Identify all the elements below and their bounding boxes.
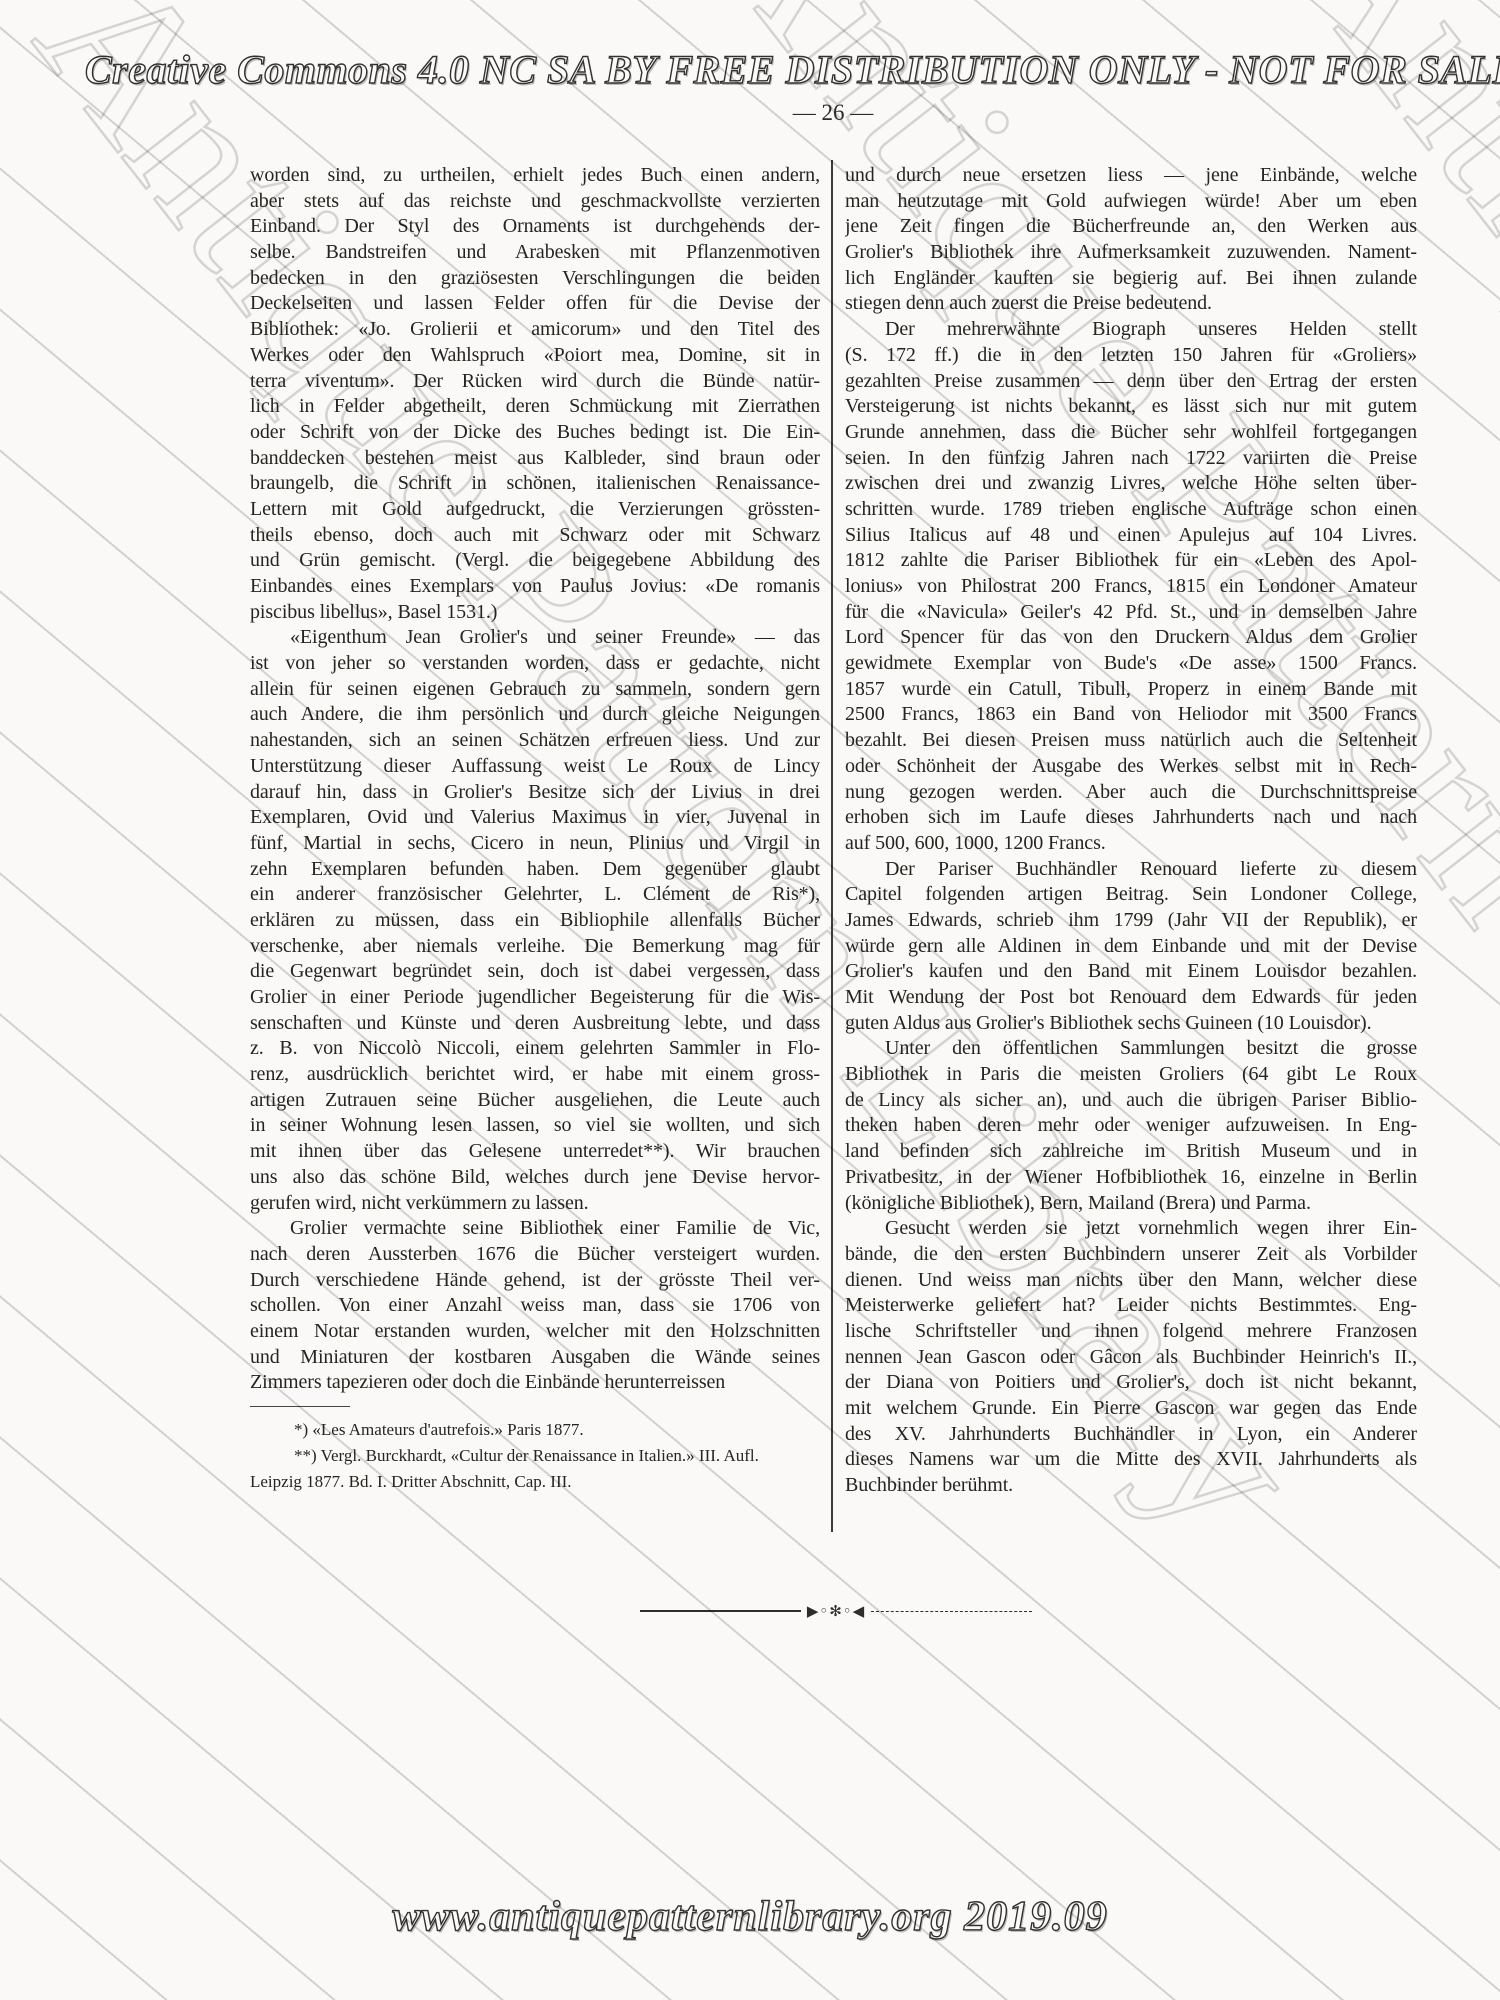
- text-column-right: und durch neue ersetzen liess — jene Ein…: [845, 163, 1417, 1499]
- text-line: Zimmers tapezieren oder doch die Einbänd…: [250, 1370, 820, 1396]
- text-line: 2500 Francs, 1863 ein Band von Heliodor …: [845, 702, 1417, 728]
- text-line: Grunde annehmen, dass die Bücher sehr wo…: [845, 420, 1417, 446]
- text-line: gezahlten Preise zusammen — denn über de…: [845, 369, 1417, 395]
- text-line: (königliche Bibliothek), Bern, Mailand (…: [845, 1191, 1417, 1217]
- text-line: gewidmete Exemplar von Bude's «De asse» …: [845, 651, 1417, 677]
- text-line: Meisterwerke geliefert hat? Leider nicht…: [845, 1293, 1417, 1319]
- text-line: schollen. Von einer Anzahl weiss man, da…: [250, 1293, 820, 1319]
- text-line: artigen Zutrauen seine Bücher ausgeliehe…: [250, 1088, 820, 1114]
- text-line: selbe. Bandstreifen und Arabesken mit Pf…: [250, 240, 820, 266]
- text-line: Unterstützung dieser Auffassung weist Le…: [250, 754, 820, 780]
- text-line: Exemplaren, Ovid und Valerius Maximus in…: [250, 805, 820, 831]
- text-line: Durch verschiedene Hände gehend, ist der…: [250, 1268, 820, 1294]
- text-line: Grolier's Bibliothek ihre Aufmerksamkeit…: [845, 240, 1417, 266]
- text-line: in seiner Wohnung lesen lassen, so viel …: [250, 1113, 820, 1139]
- text-line: der Diana von Poitiers und Grolier's, do…: [845, 1370, 1417, 1396]
- text-line: Der mehrerwähnte Biograph unseres Helden…: [845, 317, 1417, 343]
- text-line: «Eigenthum Jean Grolier's und seiner Fre…: [250, 625, 820, 651]
- text-line: mit ihnen über das Gelesene unterredet**…: [250, 1139, 820, 1165]
- text-line: bände, die den ersten Buchbindern unsere…: [845, 1242, 1417, 1268]
- text-line: Privatbesitz, in der Wiener Hofbibliothe…: [845, 1165, 1417, 1191]
- text-line: Grolier in einer Periode jugendlicher Be…: [250, 985, 820, 1011]
- text-line: theken haben deren mehr oder weniger auf…: [845, 1113, 1417, 1139]
- text-line: einem Notar erstanden wurden, welcher mi…: [250, 1319, 820, 1345]
- text-line: renz, ausdrücklich berichtet wird, er ha…: [250, 1062, 820, 1088]
- text-line: piscibus libellus», Basel 1531.): [250, 600, 820, 626]
- text-line: stiegen denn auch zuerst die Preise bede…: [845, 291, 1417, 317]
- text-line: Werkes oder den Wahlspruch «Poiort mea, …: [250, 343, 820, 369]
- text-line: Lord Spencer für das von den Druckern Al…: [845, 625, 1417, 651]
- text-line: die Gegenwart begründet sein, doch ist d…: [250, 959, 820, 985]
- text-line: Buchbinder berühmt.: [845, 1473, 1417, 1499]
- text-line: würde gern alle Aldinen in dem Einbande …: [845, 934, 1417, 960]
- text-line: dienen. Und weiss man nichts über den Ma…: [845, 1268, 1417, 1294]
- text-line: seien. In den fünfzig Jahren nach 1722 v…: [845, 446, 1417, 472]
- text-line: zwischen drei und zwanzig Livres, welche…: [845, 471, 1417, 497]
- text-line: uns also das schöne Bild, welches durch …: [250, 1165, 820, 1191]
- text-line: Grolier vermachte seine Bibliothek einer…: [250, 1216, 820, 1242]
- text-line: darauf hin, dass in Grolier's Besitze si…: [250, 780, 820, 806]
- paragraph: Gesucht werden sie jetzt vornehmlich weg…: [845, 1216, 1417, 1499]
- footnote-line: **) Vergl. Burckhardt, «Cultur der Renai…: [250, 1443, 820, 1469]
- text-line: ist von jeher so verstanden worden, dass…: [250, 651, 820, 677]
- paragraph: «Eigenthum Jean Grolier's und seiner Fre…: [250, 625, 820, 1216]
- text-line: Unter den öffentlichen Sammlungen besitz…: [845, 1036, 1417, 1062]
- column-divider-rule: [831, 160, 833, 1532]
- footnote-rule: [250, 1406, 350, 1407]
- text-line: auf 500, 600, 1000, 1200 Francs.: [845, 831, 1417, 857]
- scanned-book-page: Antique Pattern Library Antique Pattern …: [0, 0, 1500, 2000]
- site-footer: www.antiquepatternlibrary.org 2019.09: [300, 1893, 1200, 1941]
- text-line: Versteigerung ist nichts bekannt, es läs…: [845, 394, 1417, 420]
- text-line: terra viventum». Der Rücken wird durch d…: [250, 369, 820, 395]
- text-line: oder Schönheit der Ausgabe des Werkes se…: [845, 754, 1417, 780]
- paragraph: Grolier vermachte seine Bibliothek einer…: [250, 1216, 820, 1396]
- text-line: auch Andere, die ihm persönlich und durc…: [250, 702, 820, 728]
- paragraph: und durch neue ersetzen liess — jene Ein…: [845, 163, 1417, 317]
- paragraph: Unter den öffentlichen Sammlungen besitz…: [845, 1036, 1417, 1216]
- page-content: Creative Commons 4.0 NC SA BY FREE DISTR…: [0, 0, 1500, 2000]
- text-line: dieses Namens war um die Mitte des XVII.…: [845, 1447, 1417, 1473]
- text-line: land befinden sich zahlreiche im British…: [845, 1139, 1417, 1165]
- text-line: und durch neue ersetzen liess — jene Ein…: [845, 163, 1417, 189]
- text-line: Lettern mit Gold aufgedruckt, die Verzie…: [250, 497, 820, 523]
- text-line: nennen Jean Gascon oder Gâcon als Buchbi…: [845, 1345, 1417, 1371]
- text-line: braungelb, die Schrift in schönen, itali…: [250, 471, 820, 497]
- text-line: (S. 172 ff.) die in den letzten 150 Jahr…: [845, 343, 1417, 369]
- text-line: Deckelseiten und lassen Felder offen für…: [250, 291, 820, 317]
- text-line: oder Schrift von der Dicke des Buches be…: [250, 420, 820, 446]
- text-line: nach deren Aussterben 1676 die Bücher ve…: [250, 1242, 820, 1268]
- text-line: ein anderer französischer Gelehrter, L. …: [250, 882, 820, 908]
- text-line: lich Engländer kauften sie begierig auf.…: [845, 266, 1417, 292]
- text-line: Silius Italicus auf 48 und einen Apuleju…: [845, 523, 1417, 549]
- text-line: lonius» von Philostrat 200 Francs, 1815 …: [845, 574, 1417, 600]
- text-line: nung gezogen werden. Aber auch die Durch…: [845, 780, 1417, 806]
- text-line: fünf, Martial in sechs, Cicero in neun, …: [250, 831, 820, 857]
- text-line: Grolier's kaufen und den Band mit Einem …: [845, 959, 1417, 985]
- divider-ornament: ▶◦✻◦◀: [807, 1604, 865, 1619]
- text-line: aber stets auf das reichste und geschmac…: [250, 189, 820, 215]
- text-line: z. B. von Niccolò Niccoli, einem gelehrt…: [250, 1036, 820, 1062]
- paragraph: Der Pariser Buchhändler Renouard liefert…: [845, 857, 1417, 1037]
- text-line: Gesucht werden sie jetzt vornehmlich weg…: [845, 1216, 1417, 1242]
- footnote-line: Leipzig 1877. Bd. I. Dritter Abschnitt, …: [250, 1469, 820, 1495]
- text-line: nahestanden, sich an seinen Schätzen erf…: [250, 728, 820, 754]
- text-line: 1812 zahlte die Pariser Bibliothek für e…: [845, 548, 1417, 574]
- text-line: Einbandes eines Exemplars von Paulus Jov…: [250, 574, 820, 600]
- text-line: jene Zeit fingen die Bücherfreunde an, d…: [845, 214, 1417, 240]
- paragraph: Der mehrerwähnte Biograph unseres Helden…: [845, 317, 1417, 856]
- text-line: erklären zu müssen, dass ein Bibliophile…: [250, 908, 820, 934]
- text-line: 1857 wurde ein Catull, Tibull, Properz i…: [845, 677, 1417, 703]
- text-line: des XV. Jahrhunderts Buchhändler in Lyon…: [845, 1422, 1417, 1448]
- text-line: guten Aldus aus Grolier's Bibliothek sec…: [845, 1011, 1417, 1037]
- text-line: und Grün gemischt. (Vergl. die beigegebe…: [250, 548, 820, 574]
- text-line: banddecken bestehen meist aus Kalbleder,…: [250, 446, 820, 472]
- divider-line-right: [871, 1611, 1032, 1612]
- text-line: Der Pariser Buchhändler Renouard liefert…: [845, 857, 1417, 883]
- text-line: theils ebenso, doch auch mit Schwarz ode…: [250, 523, 820, 549]
- text-line: schritten wurde. 1789 trieben englische …: [845, 497, 1417, 523]
- divider-line-left: [640, 1610, 801, 1612]
- text-line: lische Schriftsteller und ihnen folgend …: [845, 1319, 1417, 1345]
- text-line: zehn Exemplaren befunden haben. Dem gege…: [250, 857, 820, 883]
- footnote-lines: *) «Les Amateurs d'autrefois.» Paris 187…: [250, 1417, 820, 1495]
- text-line: erhoben sich im Laufe dieses Jahrhundert…: [845, 805, 1417, 831]
- text-line: lich in Felder abgetheilt, deren Schmück…: [250, 394, 820, 420]
- text-line: verschenke, aber niemals verleihe. Die B…: [250, 934, 820, 960]
- footnotes-block: *) «Les Amateurs d'autrefois.» Paris 187…: [250, 1406, 820, 1495]
- license-banner: Creative Commons 4.0 NC SA BY FREE DISTR…: [85, 46, 1415, 93]
- text-line: senschaften und Künste und deren Ausbrei…: [250, 1011, 820, 1037]
- text-line: gerufen wird, nicht verkümmern zu lassen…: [250, 1191, 820, 1217]
- text-line: de Lincy als sicher an), und auch die üb…: [845, 1088, 1417, 1114]
- section-divider: ▶◦✻◦◀: [640, 1602, 1032, 1620]
- text-line: man heutzutage mit Gold aufwiegen würde!…: [845, 189, 1417, 215]
- text-line: worden sind, zu urtheilen, erhielt jedes…: [250, 163, 820, 189]
- page-number: — 26 —: [733, 100, 933, 126]
- text-line: Einband. Der Styl des Ornaments ist durc…: [250, 214, 820, 240]
- text-line: bezahlt. Bei diesen Preisen muss natürli…: [845, 728, 1417, 754]
- text-line: James Edwards, schrieb ihm 1799 (Jahr VI…: [845, 908, 1417, 934]
- footnote-line: *) «Les Amateurs d'autrefois.» Paris 187…: [250, 1417, 820, 1443]
- text-column-left: worden sind, zu urtheilen, erhielt jedes…: [250, 163, 820, 1396]
- text-line: Bibliothek in Paris die meisten Groliers…: [845, 1062, 1417, 1088]
- text-line: und Miniaturen der kostbaren Ausgaben di…: [250, 1345, 820, 1371]
- text-line: Mit Wendung der Post bot Renouard dem Ed…: [845, 985, 1417, 1011]
- text-line: Bibliothek: «Jo. Grolierii et amicorum» …: [250, 317, 820, 343]
- text-line: allein für seinen eigenen Gebrauch zu sa…: [250, 677, 820, 703]
- text-line: bedecken in den graziösesten Verschlingu…: [250, 266, 820, 292]
- text-line: für die «Navicula» Geiler's 42 Pfd. St.,…: [845, 600, 1417, 626]
- text-line: Capitel folgenden artigen Beitrag. Sein …: [845, 882, 1417, 908]
- paragraph: worden sind, zu urtheilen, erhielt jedes…: [250, 163, 820, 625]
- text-line: mit welchem Grunde. Ein Pierre Gascon wa…: [845, 1396, 1417, 1422]
